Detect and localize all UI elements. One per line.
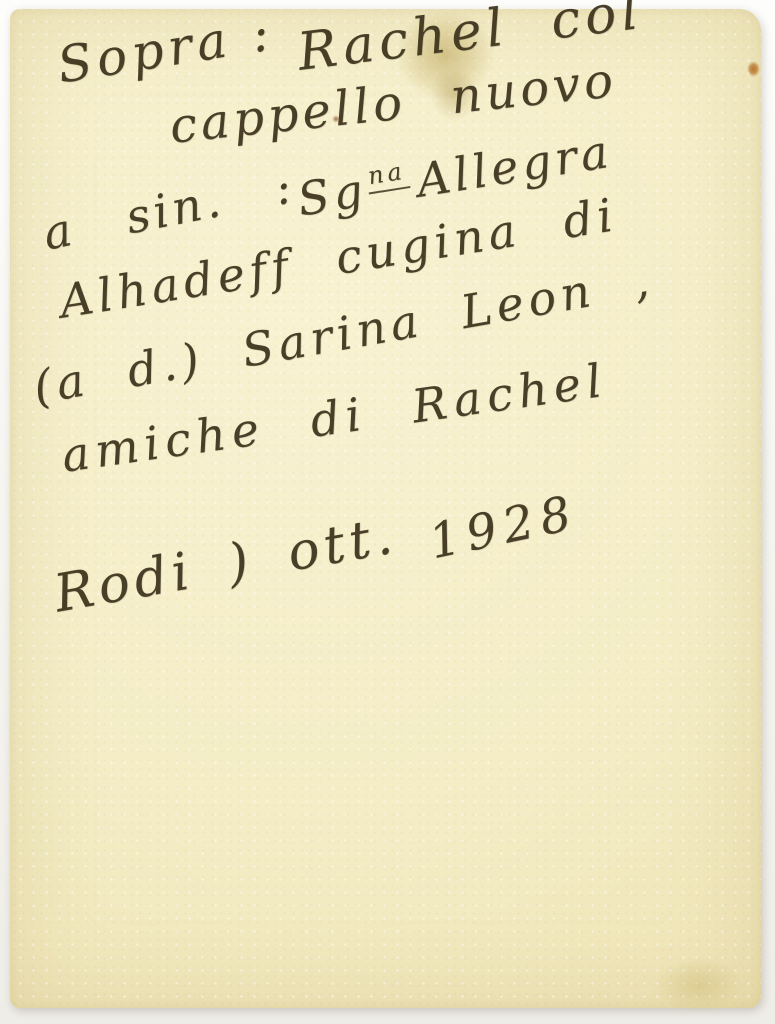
handwriting-sg-superscript: na [364, 156, 410, 194]
handwriting-year: 1928 [424, 484, 583, 570]
handwriting-sopra: Sopra : [53, 3, 277, 94]
handwriting-sg-abbrev: Sg [294, 163, 371, 227]
handwriting: Sopra : Rachel col cappello nuovo a sin.… [10, 9, 761, 1008]
photo-verso-paper: Sopra : Rachel col cappello nuovo a sin.… [10, 9, 761, 1008]
handwriting-rodi-ott: Rodi ) ott. [50, 505, 402, 624]
